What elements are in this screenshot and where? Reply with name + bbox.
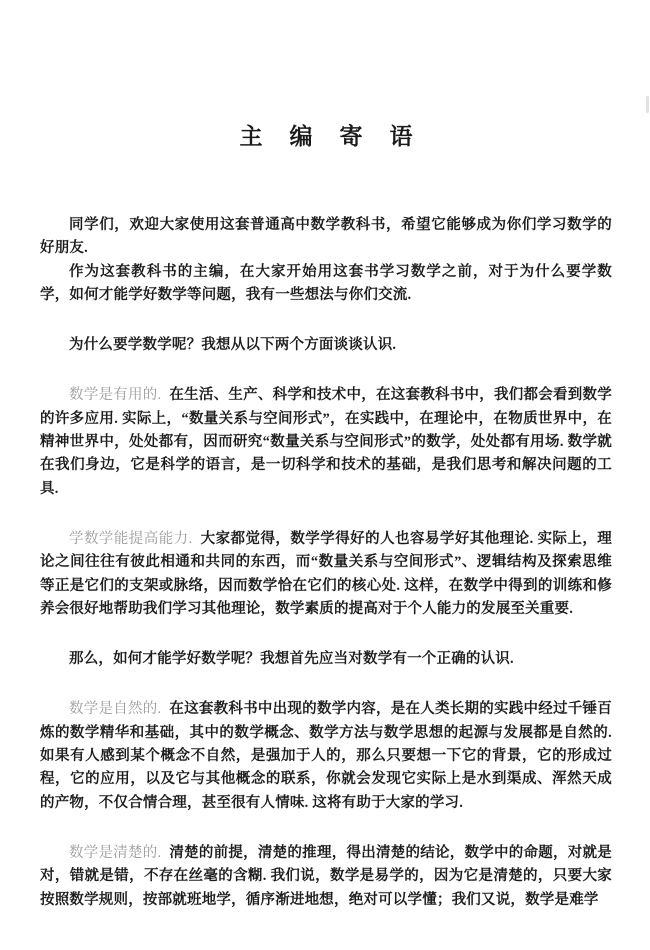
paragraph-math-is-useful: 数学是有用的.在生活、生产、科学和技术中，在这套教科书中，我们都会看到数学的许多… [40, 384, 612, 500]
paragraph-text: 作为这套教科书的主编，在大家开始用这套书学习数学之前，对于为什么要学数学，如何才… [40, 264, 612, 303]
paragraph-text: 在这套教科书中出现的数学内容，是在人类长期的实践中经过千锤百炼的数学精华和基础，… [40, 701, 612, 810]
paragraph-text: 那么，如何才能学好数学呢？我想首先应当对数学有一个正确的认识. [69, 651, 514, 667]
paragraph-math-is-clear: 数学是清楚的.清楚的前提，清楚的推理，得出清楚的结论，数学中的命题，对就是对，错… [40, 842, 612, 912]
scan-artifact [646, 96, 649, 113]
paragraph-greeting: 同学们，欢迎大家使用这套普通高中数学教科书，希望它能够成为你们学习数学的好朋友. [40, 214, 612, 261]
paragraph-how-to-learn: 那么，如何才能学好数学呢？我想首先应当对数学有一个正确的认识. [40, 648, 612, 671]
paragraph-text: 为什么要学数学呢？我想从以下两个方面谈谈认识. [69, 337, 396, 353]
paragraph-math-improves-ability: 学数学能提高能力.大家都觉得，数学学得好的人也容易学好其他理论. 实际上，理论之… [40, 528, 612, 621]
paragraph-lead: 学数学能提高能力. [69, 531, 192, 547]
paragraph-why-learn-math: 为什么要学数学呢？我想从以下两个方面谈谈认识. [40, 334, 612, 357]
paragraph-text: 在生活、生产、科学和技术中，在这套教科书中，我们都会看到数学的许多应用. 实际上… [40, 387, 612, 496]
paragraph-math-is-natural: 数学是自然的.在这套教科书中出现的数学内容，是在人类长期的实践中经过千锤百炼的数… [40, 698, 612, 814]
paragraph-lead: 数学是清楚的. [69, 845, 161, 861]
body-text: 同学们，欢迎大家使用这套普通高中数学教科书，希望它能够成为你们学习数学的好朋友.… [40, 214, 612, 912]
paragraph-text: 同学们，欢迎大家使用这套普通高中数学教科书，希望它能够成为你们学习数学的好朋友. [40, 217, 612, 256]
textbook-page: 主编寄语 同学们，欢迎大家使用这套普通高中数学教科书，希望它能够成为你们学习数学… [0, 0, 650, 950]
page-title: 主编寄语 [40, 0, 612, 150]
paragraph-lead: 数学是有用的. [69, 387, 161, 403]
paragraph-lead: 数学是自然的. [69, 701, 161, 717]
paragraph-editor-intro: 作为这套教科书的主编，在大家开始用这套书学习数学之前，对于为什么要学数学，如何才… [40, 261, 612, 308]
